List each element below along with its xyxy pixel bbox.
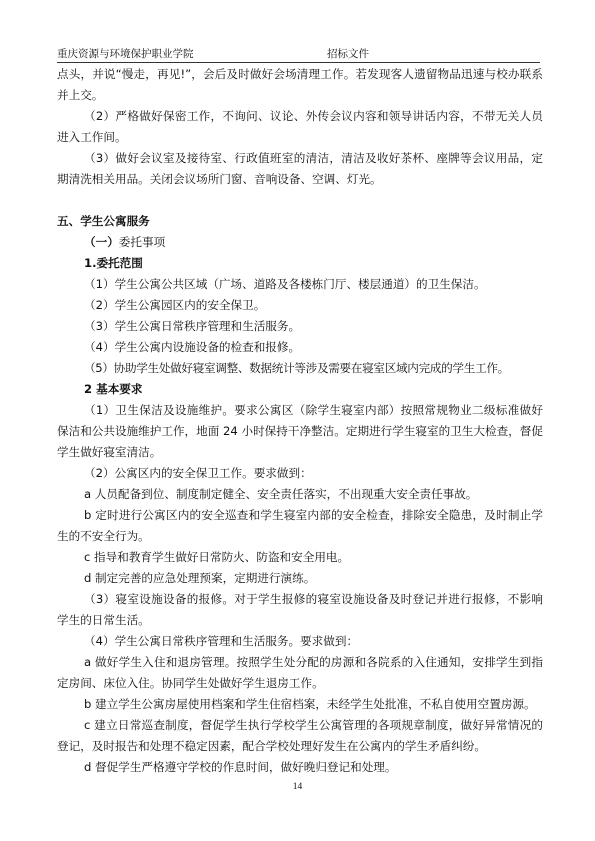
subsection-label: 委托事项 [119,235,165,249]
requirements-title: 2 基本要求 [57,379,543,400]
page-number: 14 [0,782,595,792]
requirement: （1）卫生保洁及设施维护。要求公寓区（除学生寝室内部）按照常规物业二级标准做好保… [57,400,543,463]
requirement-sub: a 人员配备到位、制度制定健全、安全责任落实，不出现重大安全责任事故。 [57,484,543,505]
requirement-sub: a 做好学生入住和退房管理。按照学生处分配的房源和各院系的入住通知，安排学生到指… [57,652,543,694]
scope-item: （2）学生公寓园区内的安全保卫。 [57,295,543,316]
requirement-sub: c 建立日常巡查制度，督促学生执行学校学生公寓管理的各项规章制度，做好异常情况的… [57,715,543,757]
paragraph: 点头，并说“慢走，再见!”，会后及时做好会场清理工作。若发现客人遗留物品迅速与校… [57,64,543,106]
scope-item: （4）学生公寓内设施设备的检查和报修。 [57,337,543,358]
requirement: （2）公寓区内的安全保卫工作。要求做到： [57,463,543,484]
requirement-sub: d 制定完善的应急处理预案，定期进行演练。 [57,568,543,589]
header-doc-type: 招标文件 [327,48,369,61]
requirement: （3）寝室设施设备的报修。对于学生报修的寝室设施设备及时登记并进行报修，不影响学… [57,589,543,631]
paragraph: （3）做好会议室及接待室、行政值班室的清洁，清洁及收好茶杯、座牌等会议用品，定期… [57,148,543,190]
scope-item: （1）学生公寓公共区域（广场、道路及各楼栋门厅、楼层通道）的卫生保洁。 [57,274,543,295]
header-institution: 重庆资源与环境保护职业学院 [57,48,194,61]
requirement-sub: b 定时进行公寓区内的安全巡查和学生寝室内部的安全检查，排除安全隐患，及时制止学… [57,505,543,547]
paragraph: （2）严格做好保密工作，不询问、议论、外传会议内容和领导讲话内容，不带无关人员进… [57,106,543,148]
subsection-number: （一） [84,235,119,249]
scope-item: （5）协助学生处做好寝室调整、数据统计等涉及需要在寝室区域内完成的学生工作。 [57,358,543,379]
scope-title: 1.委托范围 [57,253,543,274]
section-title: 五、学生公寓服务 [57,211,543,232]
requirement-sub: d 督促学生严格遵守学校的作息时间，做好晚归登记和处理。 [57,757,543,778]
subsection-title: （一）委托事项 [57,232,543,253]
requirement: （4）学生公寓日常秩序管理和生活服务。要求做到： [57,631,543,652]
requirement-sub: b 建立学生公寓房屋使用档案和学生住宿档案，未经学生处批准，不私自使用空置房源。 [57,694,543,715]
scope-item: （3）学生公寓日常秩序管理和生活服务。 [57,316,543,337]
document-body: 点头，并说“慢走，再见!”，会后及时做好会场清理工作。若发现客人遗留物品迅速与校… [57,64,543,778]
page-header: 重庆资源与环境保护职业学院 招标文件 [57,48,540,63]
spacer [57,190,543,211]
requirement-sub: c 指导和教育学生做好日常防火、防盗和安全用电。 [57,547,543,568]
